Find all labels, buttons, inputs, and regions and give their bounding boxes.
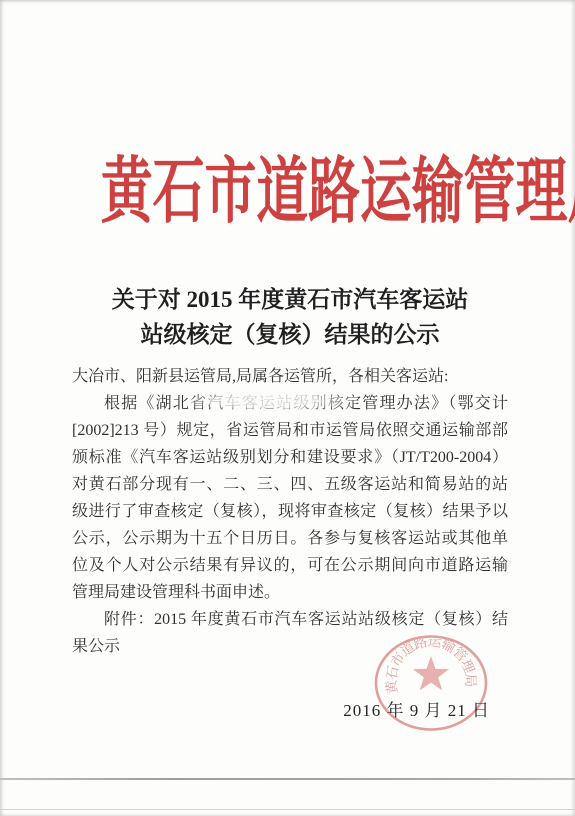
body-line: 根据《湖北省汽车客运站级别核定管理办法》（鄂交计 xyxy=(72,390,508,417)
body-line: 管理局建设管理科书面申述。 xyxy=(72,579,508,606)
body-line: 公示，公示期为十五个日历日。各参与复核客运站或其他单 xyxy=(72,525,508,552)
title-line-1: 关于对 2015 年度黄石市汽车客运站 xyxy=(72,282,508,317)
body-line: 颁标准《汽车客运站级别划分和建设要求》（JT/T200-2004） xyxy=(72,444,508,471)
document-title: 关于对 2015 年度黄石市汽车客运站 站级核定（复核）结果的公示 xyxy=(72,282,508,352)
body-line: 级进行了审查核定（复核），现将审查核定（复核）结果予以 xyxy=(72,498,508,525)
seal-star-icon xyxy=(413,656,449,690)
official-seal: 黄石市道路运输管理局 xyxy=(356,604,506,754)
scan-edge-line-2 xyxy=(0,809,575,810)
body-line: 对黄石部分现有一、二、三、四、五级客运站和简易站的站 xyxy=(72,471,508,498)
body-line: 大冶市、阳新县运管局,局属各运管所，各相关客运站: xyxy=(72,363,508,390)
document-page: 黄石市道路运输管理局 关于对 2015 年度黄石市汽车客运站 站级核定（复核）结… xyxy=(0,0,575,816)
letterhead: 黄石市道路运输管理局 xyxy=(0,147,575,237)
letterhead-title: 黄石市道路运输管理局 xyxy=(101,147,575,237)
body-line: [2002]213 号）规定，省运管局和市运管局依照交通运输部部 xyxy=(72,417,508,444)
body-line: 位及个人对公示结果有异议的，可在公示期间向市道路运输 xyxy=(72,552,508,579)
title-line-2: 站级核定（复核）结果的公示 xyxy=(72,317,508,352)
scan-edge-line xyxy=(0,778,575,780)
